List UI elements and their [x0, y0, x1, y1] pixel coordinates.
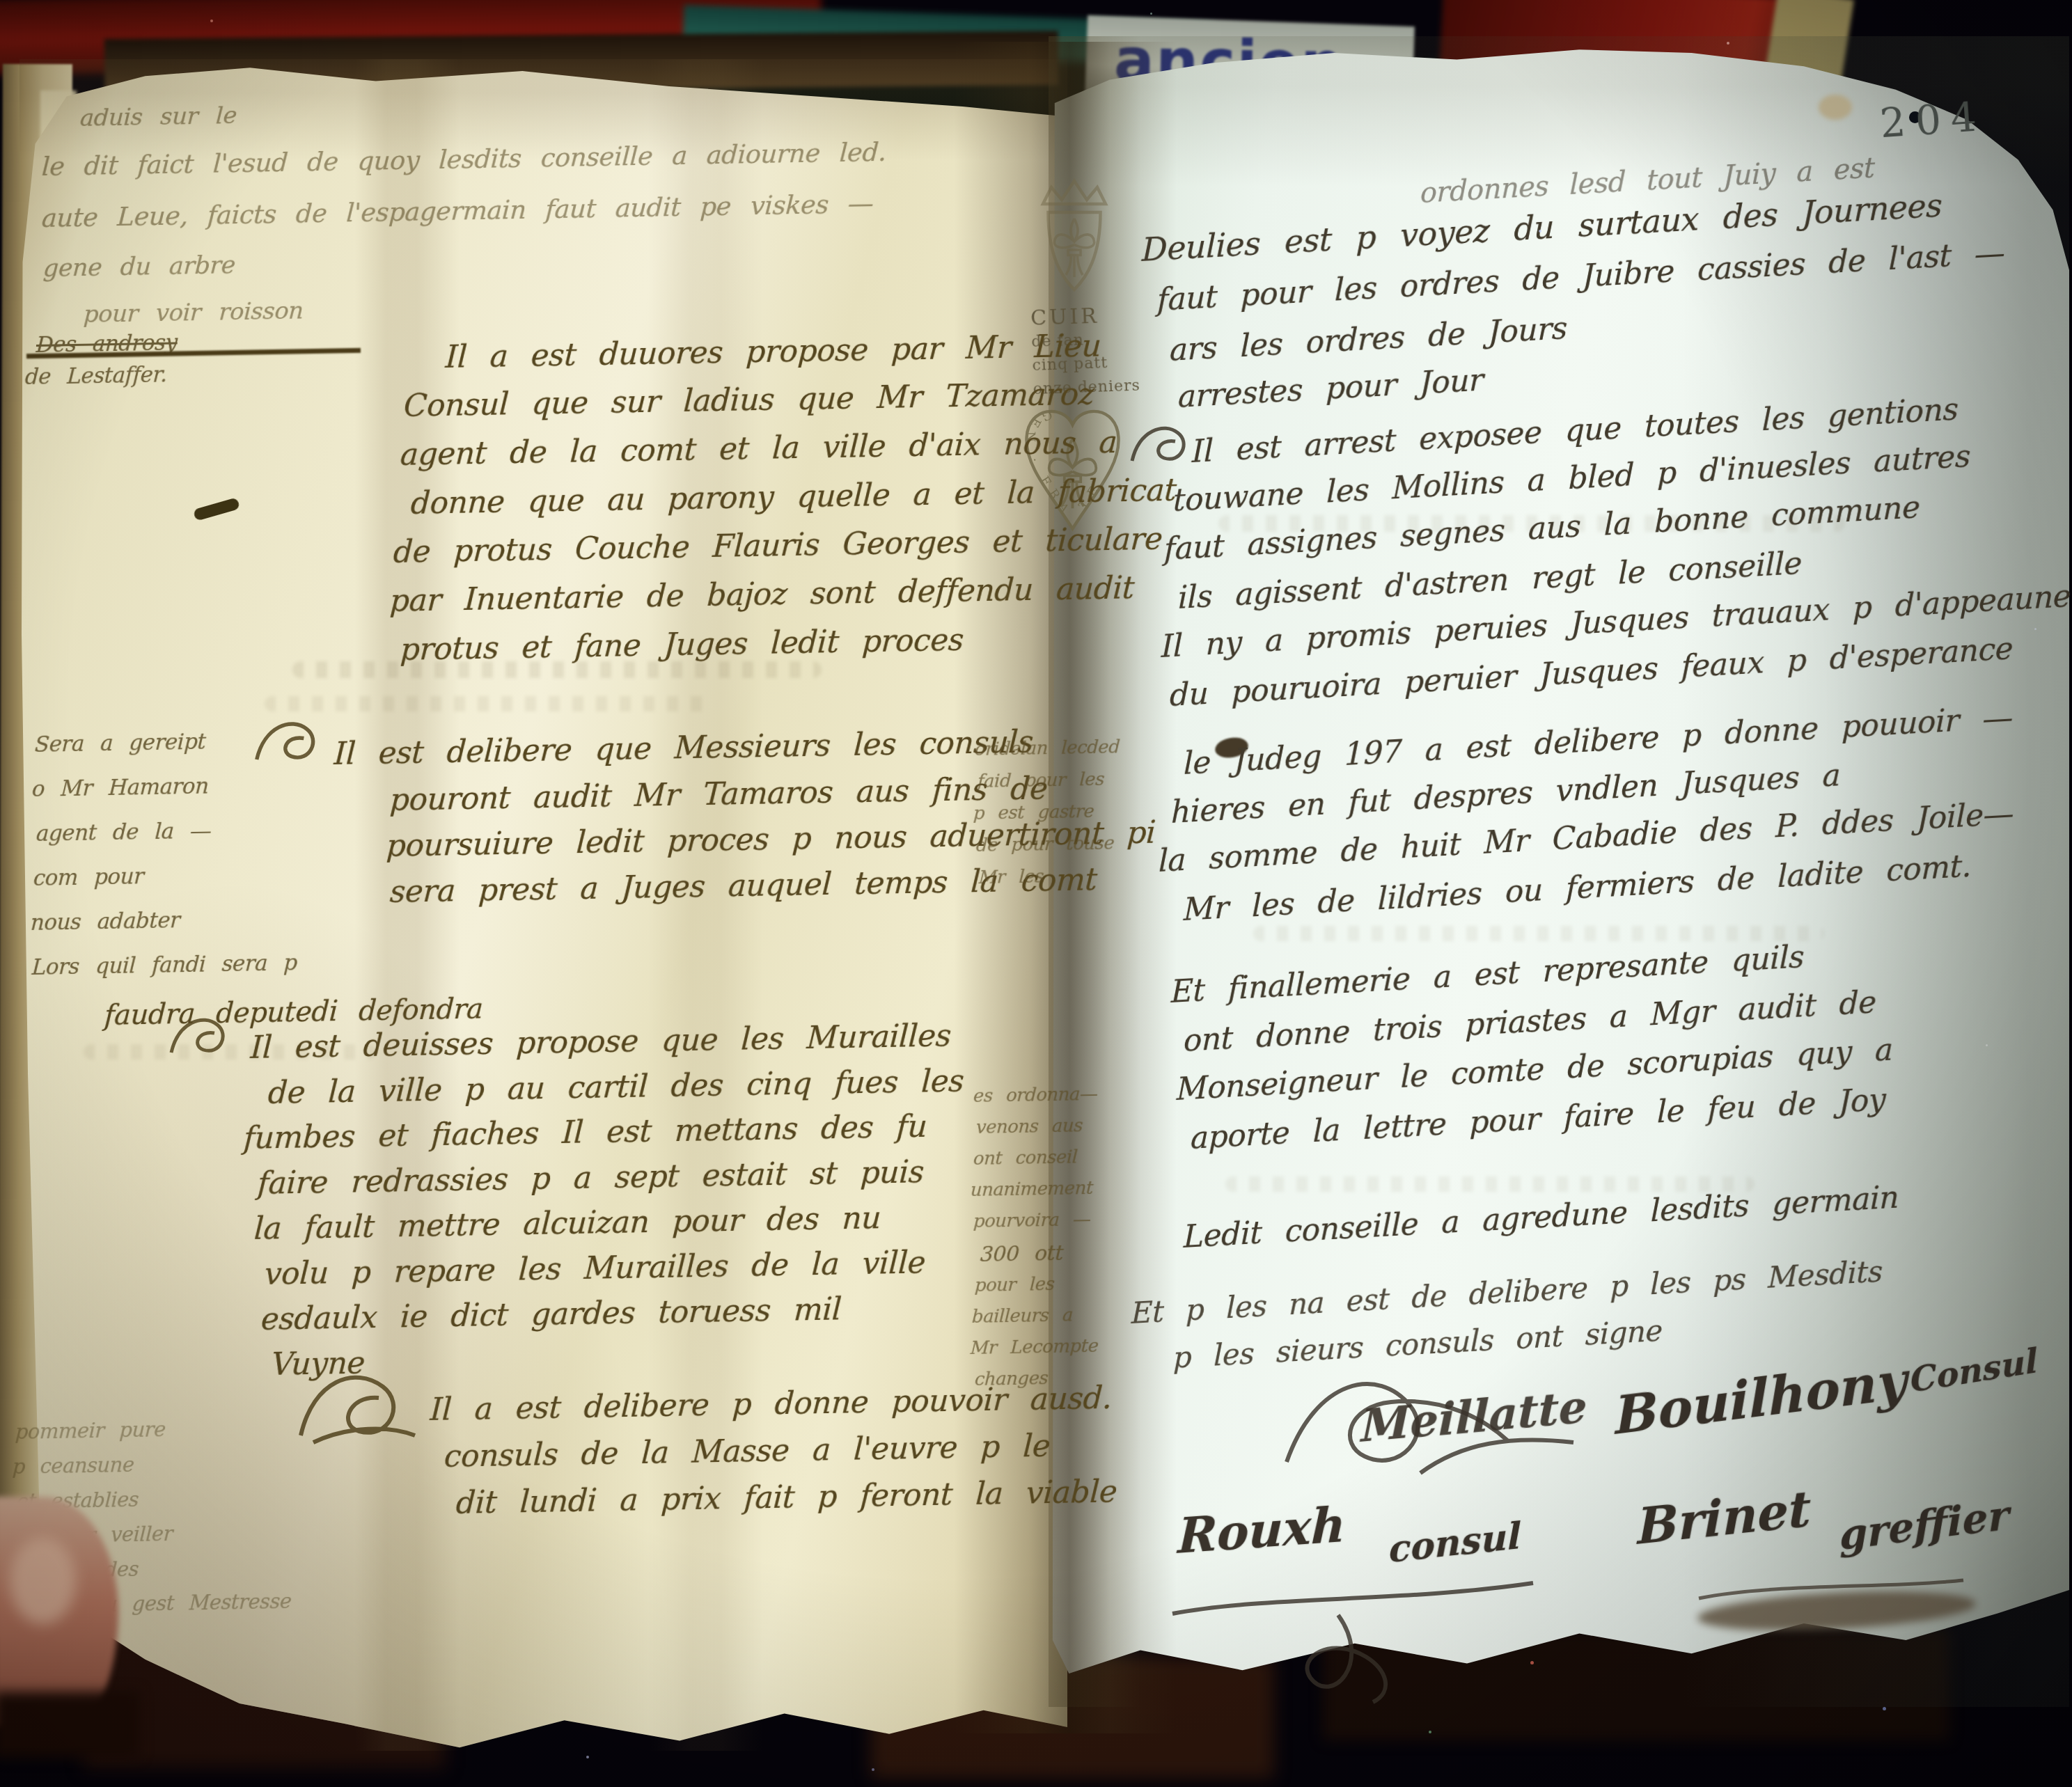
margin-note: agent de la — [36, 819, 212, 847]
dust-speck [210, 19, 213, 22]
signature-paraph [1692, 1575, 1970, 1605]
fold-note: de pour touse [975, 833, 1115, 856]
margin-note: pommeir pure [15, 1417, 166, 1444]
manuscript-line: faudra deputedi defondra [104, 993, 484, 1032]
paragraph-flourish [292, 1359, 425, 1456]
fold-note: bailleurs a [971, 1305, 1074, 1328]
signature-paraph [1164, 1559, 1554, 1719]
dust-speck [2034, 628, 2036, 630]
fold-note: changes [974, 1368, 1049, 1390]
fold-note-amount: 300 ott [980, 1241, 1064, 1267]
fold-note: ont conseil [973, 1147, 1078, 1170]
manuscript-line: aduis sur le [79, 102, 237, 132]
fold-note: faid pour les [977, 769, 1105, 792]
dust-speck [1530, 1661, 1534, 1664]
heart-stamp-icon: GEN · FRA · TE [1015, 398, 1130, 541]
fold-note: pourvoira — [973, 1209, 1091, 1232]
dust-speck [872, 1768, 874, 1771]
fold-note: oridelan lecded [974, 737, 1120, 760]
paragraph-flourish [166, 1008, 242, 1066]
dust-speck [1986, 1044, 1988, 1046]
margin-note: o Mr Hamaron [31, 774, 210, 802]
margin-note: p ceansune [12, 1453, 134, 1479]
paragraph-flourish [251, 711, 334, 774]
page-number: 204 [1878, 93, 1988, 147]
dust-speck [1883, 1707, 1886, 1710]
margin-note: nous adabter [30, 908, 180, 936]
margin-note: Lors quil fandi sera p [31, 950, 298, 980]
finger-shadow [0, 1692, 139, 1758]
margin-note: com pour [33, 864, 144, 891]
manuscript-line: gene du arbre [42, 251, 236, 283]
dust-speck [1608, 489, 1610, 491]
manuscript-photo: ancien CUIR de fan cinq patt onze denier… [0, 0, 2072, 1787]
fold-note: p est gastre [973, 801, 1094, 824]
margin-note: Sera a gereipt [34, 730, 206, 757]
fold-note: Mr les [978, 866, 1044, 888]
dust-speck [1539, 230, 1541, 233]
finger-highlight [10, 1537, 76, 1624]
dust-speck [1429, 1731, 1431, 1733]
fold-note: Mr Lecompte [970, 1336, 1099, 1359]
fold-note: venons aus [975, 1115, 1083, 1138]
paper-stain [1819, 95, 1852, 120]
fold-note: pour les [974, 1274, 1055, 1296]
margin-note: de Lestaffer. [24, 362, 168, 390]
signature-consul-3: Rouxh [1177, 1497, 1347, 1565]
dust-speck [586, 1756, 589, 1758]
manuscript-line: pour voir roisson [83, 297, 304, 329]
dust-speck [1150, 13, 1152, 15]
fold-note: es ordonna— [973, 1084, 1098, 1107]
dust-speck [1727, 42, 1729, 45]
crown-stamp-icon [1022, 173, 1127, 308]
fold-note: unanimement [970, 1178, 1093, 1201]
